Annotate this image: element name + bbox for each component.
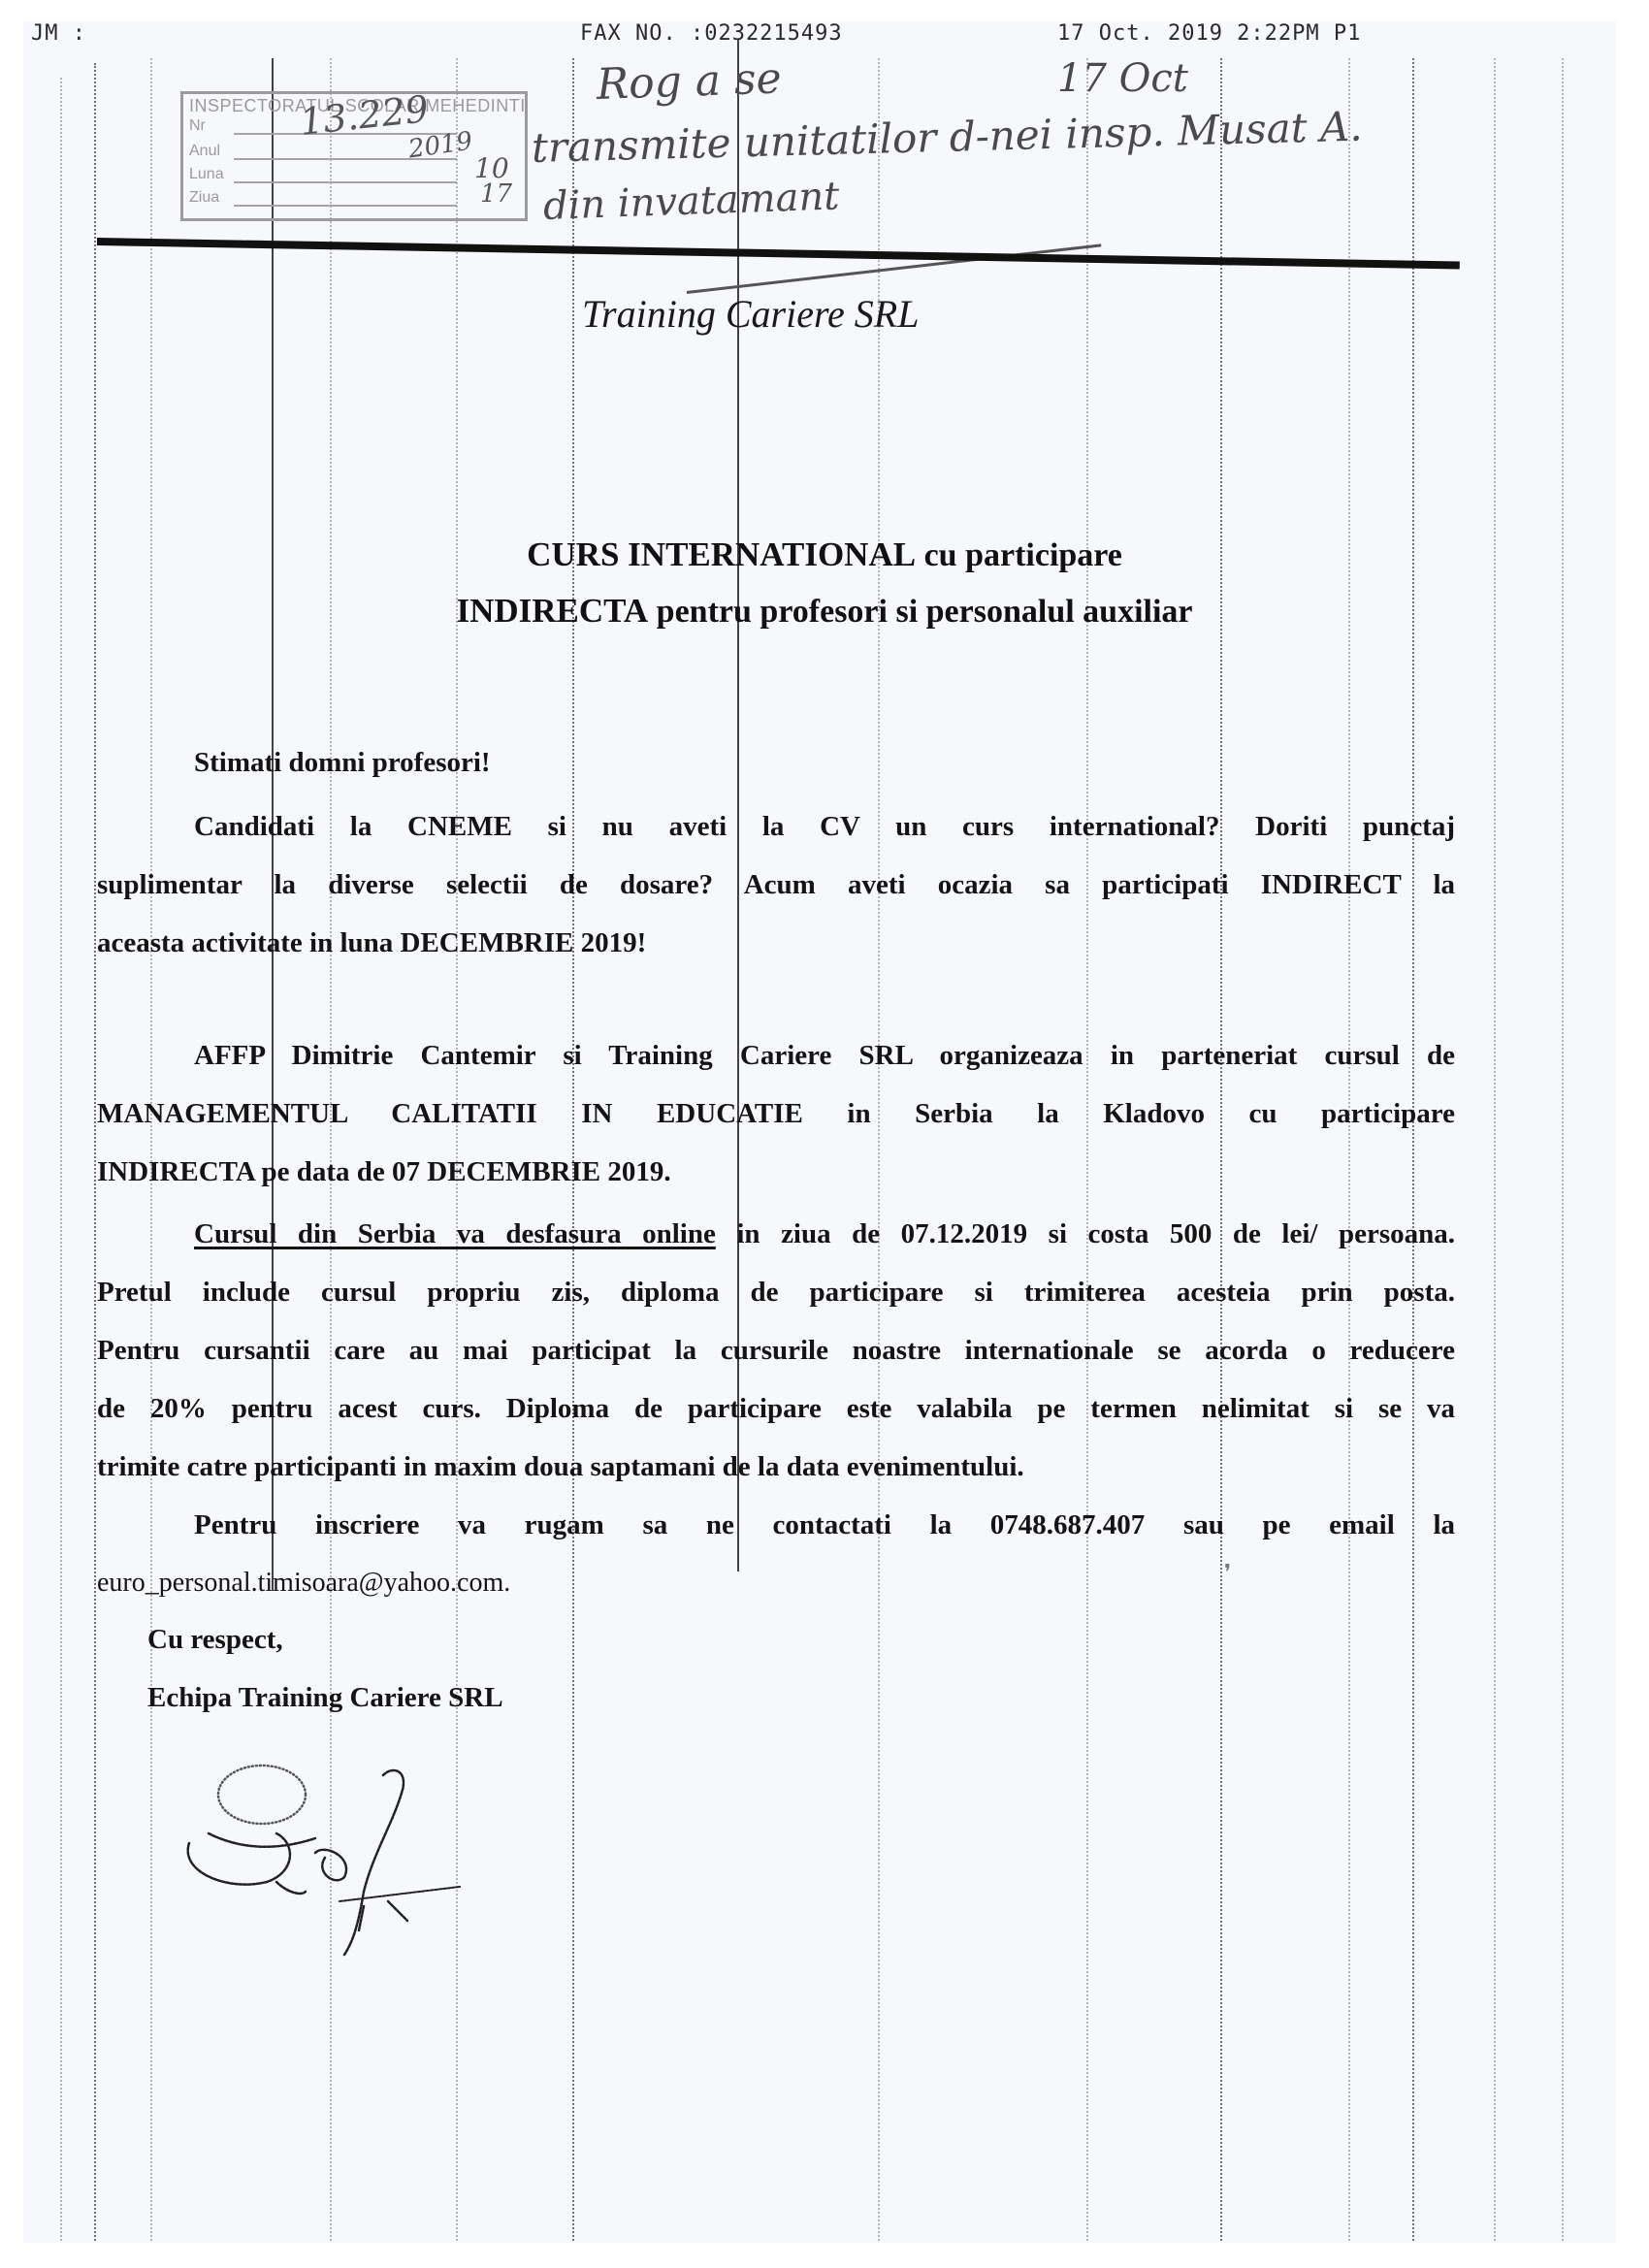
paragraph2-line: MANAGEMENTUL CALITATII IN EDUCATIE in Se… <box>97 1098 1455 1130</box>
handwritten-note-date: 17 Oct <box>1057 56 1188 101</box>
stamp-field-label: Ziua <box>189 189 219 206</box>
paragraph3-line: Pentru cursantii care au mai participat … <box>97 1335 1455 1367</box>
document-title-line2: INDIRECTA pentru profesori si personalul… <box>0 592 1649 631</box>
stamp-value-ziua: 17 <box>480 179 512 209</box>
registration-stamp: INSPECTORATUL SCOLAR MEHEDINTI Nr Anul L… <box>180 91 528 221</box>
handwritten-signature-icon <box>170 1746 461 1969</box>
closing: Cu respect, <box>147 1624 1505 1656</box>
stamp-field-anul: Anul <box>189 143 220 160</box>
paragraph2-line: AFFP Dimitrie Cantemir si Training Carie… <box>194 1040 1455 1072</box>
fax-artifact-line <box>1412 58 1414 2241</box>
document-title-line1: CURS INTERNATIONAL cu participare <box>0 535 1649 574</box>
fax-artifact-line <box>878 58 880 2241</box>
stamp-field-nr: Nr <box>189 117 206 135</box>
fax-artifact-line <box>1562 58 1564 2241</box>
stamp-field-label: Luna <box>189 166 224 182</box>
company-letterhead: Training Cariere SRL <box>582 291 919 337</box>
fax-artifact-line <box>150 58 152 2241</box>
paragraph3-text: in ziua de 07.12.2019 si costa 500 de le… <box>716 1218 1455 1249</box>
fax-sender-label: JM : <box>31 21 86 46</box>
title-rest: pentru profesori si personalul auxiliar <box>648 594 1192 630</box>
stamp-field-ziua: Ziua <box>189 189 219 207</box>
paragraph4-line: Pentru inscriere va rugam sa ne contacta… <box>194 1509 1455 1541</box>
fax-artifact-line <box>1494 58 1496 2241</box>
paragraph3-line: Pretul include cursul propriu zis, diplo… <box>97 1277 1455 1309</box>
online-course-emphasis: Cursul din Serbia va desfasura online <box>194 1218 716 1249</box>
scan-speck: ❜ <box>1224 1560 1231 1585</box>
handwritten-note-line1: Rog a se <box>596 53 782 110</box>
stamp-field-luna: Luna <box>189 166 224 183</box>
fax-timestamp: 17 Oct. 2019 2:22PM P1 <box>1057 21 1361 46</box>
fax-artifact-line <box>1086 58 1088 2241</box>
paragraph3-line: trimite catre participanti in maxim doua… <box>97 1451 1455 1483</box>
paragraph1-line: suplimentar la diverse selectii de dosar… <box>97 869 1455 901</box>
fax-artifact-line <box>1220 58 1222 2241</box>
paragraph2-line: INDIRECTA pe data de 07 DECEMBRIE 2019. <box>97 1156 1455 1188</box>
greeting: Stimati domni profesori! <box>194 747 1455 779</box>
signature-line: Echipa Training Cariere SRL <box>147 1682 1505 1714</box>
title-rest: cu participare <box>916 537 1122 573</box>
fax-artifact-line <box>572 58 574 2241</box>
contact-email: euro_personal.timisoara@yahoo.com. <box>97 1568 1455 1599</box>
title-caps: CURS INTERNATIONAL <box>527 535 916 573</box>
fax-artifact-line <box>60 78 62 2241</box>
paragraph3-line: Cursul din Serbia va desfasura online in… <box>194 1218 1455 1250</box>
fax-artifact-line <box>94 63 96 2241</box>
fax-artifact-line <box>1348 58 1350 2241</box>
paragraph3-line: de 20% pentru acest curs. Diploma de par… <box>97 1393 1455 1425</box>
paragraph1-line: aceasta activitate in luna DECEMBRIE 201… <box>97 927 1455 959</box>
paragraph1-line: Candidati la CNEME si nu aveti la CV un … <box>194 811 1455 843</box>
stamp-field-label: Anul <box>189 143 220 159</box>
stamp-field-label: Nr <box>189 117 206 134</box>
fax-number: FAX NO. :0232215493 <box>580 21 843 46</box>
title-caps: INDIRECTA <box>456 592 648 630</box>
